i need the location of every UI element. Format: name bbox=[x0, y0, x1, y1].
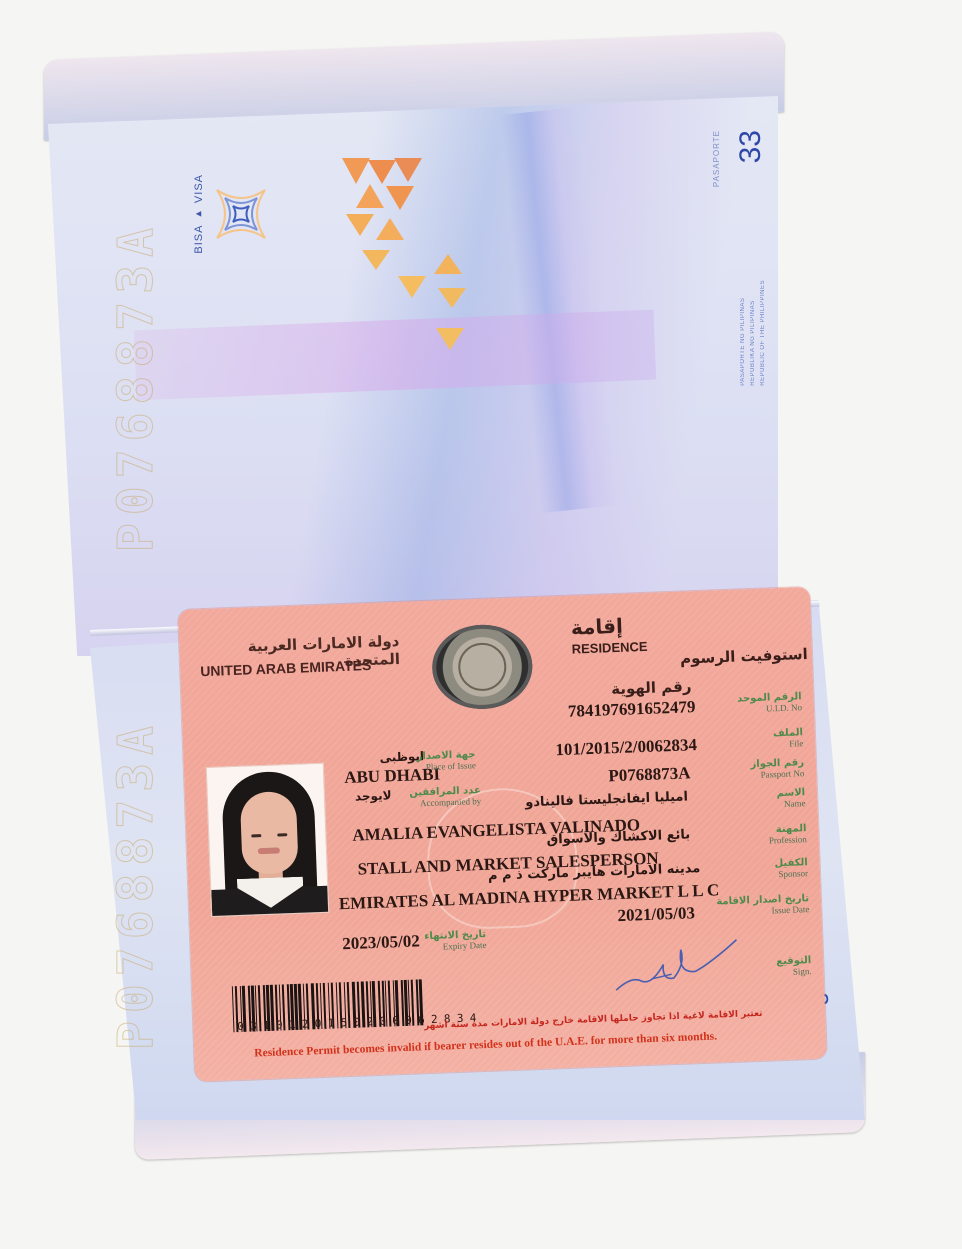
issue-date-label: تاريخ اصدار الاقامة Issue Date bbox=[699, 893, 810, 918]
file-value: 101/2015/2/0062834 bbox=[555, 735, 697, 760]
holder-photo bbox=[206, 763, 329, 917]
visa-star-emblem-icon bbox=[213, 186, 269, 242]
name-value-arabic: اميليا ايفانجليستا فالينادو bbox=[525, 789, 688, 810]
residence-title: RESIDENCE bbox=[571, 639, 647, 657]
page-label: PASAPORTE bbox=[712, 130, 721, 187]
uid-value: 784197691652479 bbox=[568, 697, 696, 722]
issue-date-value: 2021/05/03 bbox=[617, 903, 695, 926]
micro-text: PASAPORTE NG PILIPINAS REPUBLIKA NG PILI… bbox=[740, 280, 766, 386]
validity-warning: Residence Permit becomes invalid if bear… bbox=[254, 1027, 824, 1060]
uae-residence-visa-sticker: دولة الامارات العربية المتحدة UNITED ARA… bbox=[178, 587, 827, 1082]
visa-label: BISA ▸ VISA bbox=[192, 174, 205, 254]
visa-logo: BISA ▸ VISA bbox=[192, 174, 269, 254]
orange-triangle-pattern bbox=[342, 158, 462, 358]
perforated-passport-number: P0768873A bbox=[108, 690, 164, 1050]
residence-title-arabic: إقامة bbox=[570, 614, 623, 640]
signature-label: التوقيع Sign. bbox=[721, 955, 812, 979]
file-label: الملف File bbox=[713, 727, 804, 751]
hologram-seal-icon bbox=[431, 623, 534, 711]
passport-scan: BISA ▸ VISA PASAPORTE 33 PASAPORTE NG PI… bbox=[0, 0, 962, 1249]
profession-label: المهنة Profession bbox=[716, 823, 807, 847]
place-of-issue-label: جهة الاصدار Place of Issue bbox=[379, 749, 476, 774]
page-number: 33 bbox=[734, 130, 768, 163]
passport-number-value: P0768873A bbox=[608, 763, 691, 786]
name-label: الاسم Name bbox=[715, 787, 806, 811]
perforated-passport-number: P0768873A bbox=[108, 220, 164, 552]
passport-number-label: رقم الجواز Passport No bbox=[714, 757, 805, 781]
accompanied-by-label: عدد المرافقين Accompanied by bbox=[385, 785, 482, 810]
sponsor-label: الكفيل Sponsor bbox=[718, 857, 809, 881]
fee-status: استوفيت الرسوم bbox=[680, 645, 808, 668]
id-number-caption: رقم الهوية bbox=[611, 677, 692, 698]
expiry-date-label: تاريخ الانتهاء Expiry Date bbox=[376, 929, 487, 954]
uid-label: الرقم الموحد U.I.D. No bbox=[711, 691, 802, 715]
